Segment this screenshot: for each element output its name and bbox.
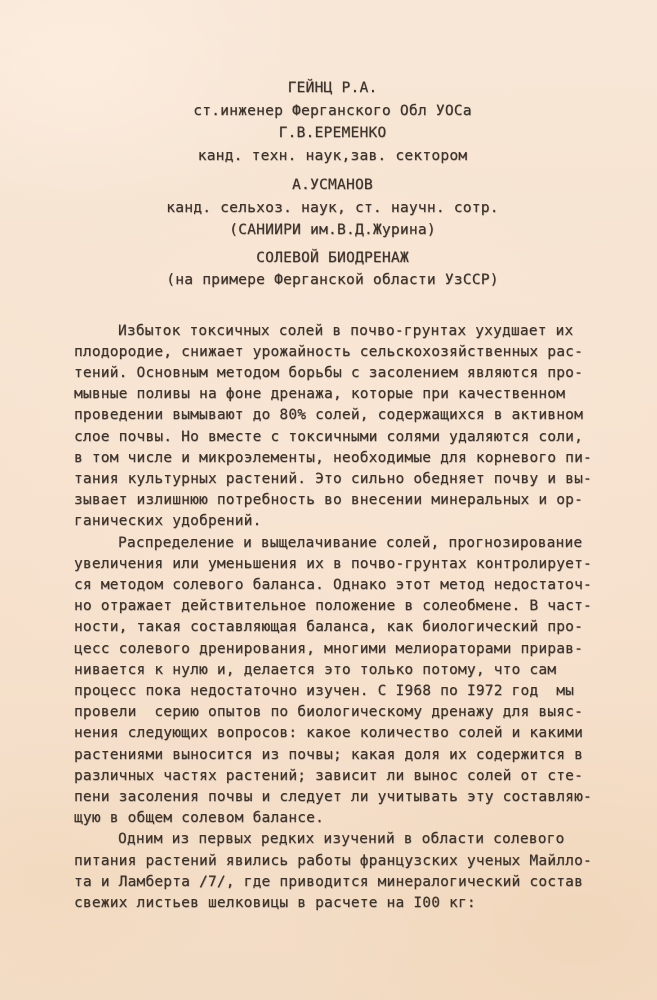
text-line: проведении вымывают до 80% солей, содерж… — [74, 405, 657, 426]
text-line: тания культурных растений. Это сильно об… — [74, 469, 657, 490]
text-line: ности, такая составляющая баланса, как б… — [74, 617, 657, 638]
author-role: канд. техн. наук,зав. сектором — [8, 145, 657, 168]
text-line: провели серию опытов по биологическому д… — [74, 702, 657, 723]
text-line: плодородие, снижает урожайность сельскох… — [74, 342, 657, 363]
paragraph: Распределение и выщелачивание солей, про… — [74, 533, 657, 830]
text-line: свежих листьев шелковицы в расчете на I0… — [74, 893, 657, 914]
text-line: питания растений явились работы французс… — [74, 851, 657, 872]
text-line: тений. Основным методом борьбы с засолен… — [74, 363, 657, 384]
document-page: ГЕЙНЦ Р.А. ст.инженер Ферганского Обл УО… — [0, 0, 657, 1000]
text-line: но отражает действительное положение в с… — [74, 596, 657, 617]
text-line: процесс пока недостаточно изучен. С I968… — [74, 681, 657, 702]
document-title: СОЛЕВОЙ БИОДРЕНАЖ — [8, 247, 657, 270]
text-line: зывает излишнюю потребность во внесении … — [74, 490, 657, 511]
author-name: Г.В.ЕРЕМЕНКО — [8, 122, 657, 145]
text-line: пени засоления почвы и следует ли учитыв… — [74, 787, 657, 808]
paragraph: Избыток токсичных солей в почво-грунтах … — [74, 321, 657, 533]
author-name: ГЕЙНЦ Р.А. — [8, 77, 657, 100]
author-name: А.УСМАНОВ — [8, 174, 657, 197]
text-line: слое почвы. Но вместе с токсичными солям… — [74, 427, 657, 448]
text-line: Избыток токсичных солей в почво-грунтах … — [74, 321, 657, 342]
document-subtitle: (на примере Ферганской области УзССР) — [8, 269, 657, 292]
author-role: ст.инженер Ферганского Обл УОСа — [8, 100, 657, 123]
paragraph: Одним из первых редких изучений в област… — [74, 829, 657, 914]
text-line: мывные поливы на фоне дренажа, которые п… — [74, 384, 657, 405]
text-line: в том числе и микроэлементы, необходимые… — [74, 448, 657, 469]
document-body: Избыток токсичных солей в почво-грунтах … — [74, 321, 657, 915]
text-line: растениями выносится из почвы; какая дол… — [74, 745, 657, 766]
text-line: цесс солевого дренирования, многими мели… — [74, 639, 657, 660]
institute-name: (САНИИРИ им.В.Д.Журина) — [8, 219, 657, 242]
text-line: нивается к нулю и, делается это только п… — [74, 660, 657, 681]
text-line: та и Ламберта /7/, где приводится минера… — [74, 872, 657, 893]
author-role: канд. сельхоз. наук, ст. научн. сотр. — [8, 197, 657, 220]
text-line: различных частях растений; зависит ли вы… — [74, 766, 657, 787]
text-line: увеличения или уменьшения их в почво-гру… — [74, 554, 657, 575]
text-line: Распределение и выщелачивание солей, про… — [74, 533, 657, 554]
text-line: нения следующих вопросов: какое количест… — [74, 723, 657, 744]
document-header: ГЕЙНЦ Р.А. ст.инженер Ферганского Обл УО… — [0, 0, 657, 292]
text-line: щую в общем солевом балансе. — [74, 808, 657, 829]
text-line: Одним из первых редких изучений в област… — [74, 829, 657, 850]
text-line: ганических удобрений. — [74, 511, 657, 532]
text-line: ся методом солевого баланса. Однако этот… — [74, 575, 657, 596]
